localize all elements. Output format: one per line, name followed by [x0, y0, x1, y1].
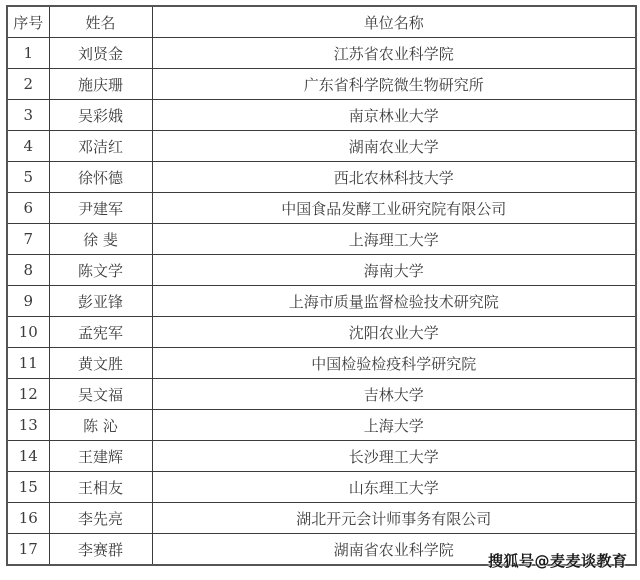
table-row: 3吴彩娥南京林业大学 — [7, 100, 636, 131]
cell-no: 3 — [7, 100, 49, 131]
cell-unit: 湖北开元会计师事务有限公司 — [152, 503, 636, 534]
cell-name: 徐怀德 — [49, 162, 152, 193]
cell-name: 吴彩娥 — [49, 100, 152, 131]
cell-unit: 长沙理工大学 — [152, 441, 636, 472]
expert-roster-table: 序号 姓名 单位名称 1刘贤金江苏省农业科学院2施庆珊广东省科学院微生物研究所3… — [6, 5, 637, 566]
cell-name: 刘贤金 — [49, 38, 152, 69]
cell-unit: 沈阳农业大学 — [152, 317, 636, 348]
cell-name: 王相友 — [49, 472, 152, 503]
cell-no: 14 — [7, 441, 49, 472]
cell-unit: 广东省科学院微生物研究所 — [152, 69, 636, 100]
cell-unit: 南京林业大学 — [152, 100, 636, 131]
cell-unit: 西北农林科技大学 — [152, 162, 636, 193]
table-row: 4邓洁红湖南农业大学 — [7, 131, 636, 162]
cell-no: 4 — [7, 131, 49, 162]
cell-name: 李先亮 — [49, 503, 152, 534]
table-row: 7徐 斐上海理工大学 — [7, 224, 636, 255]
cell-no: 6 — [7, 193, 49, 224]
header-unit: 单位名称 — [152, 6, 636, 38]
table-row: 15王相友山东理工大学 — [7, 472, 636, 503]
table-header-row: 序号 姓名 单位名称 — [7, 6, 636, 38]
cell-unit: 中国检验检疫科学研究院 — [152, 348, 636, 379]
cell-name: 陈文学 — [49, 255, 152, 286]
table-row: 10孟宪军沈阳农业大学 — [7, 317, 636, 348]
cell-name: 李赛群 — [49, 534, 152, 566]
cell-unit: 中国食品发酵工业研究院有限公司 — [152, 193, 636, 224]
cell-unit: 上海市质量监督检验技术研究院 — [152, 286, 636, 317]
cell-no: 1 — [7, 38, 49, 69]
cell-unit: 上海理工大学 — [152, 224, 636, 255]
cell-unit: 海南大学 — [152, 255, 636, 286]
cell-no: 5 — [7, 162, 49, 193]
cell-unit: 江苏省农业科学院 — [152, 38, 636, 69]
table-row: 6尹建军中国食品发酵工业研究院有限公司 — [7, 193, 636, 224]
table-row: 14王建辉长沙理工大学 — [7, 441, 636, 472]
table-row: 16李先亮湖北开元会计师事务有限公司 — [7, 503, 636, 534]
cell-no: 13 — [7, 410, 49, 441]
table-row: 12吴文福吉林大学 — [7, 379, 636, 410]
cell-no: 8 — [7, 255, 49, 286]
cell-name: 孟宪军 — [49, 317, 152, 348]
cell-name: 施庆珊 — [49, 69, 152, 100]
cell-name: 彭亚锋 — [49, 286, 152, 317]
cell-no: 2 — [7, 69, 49, 100]
table-row: 2施庆珊广东省科学院微生物研究所 — [7, 69, 636, 100]
cell-unit: 湖南农业大学 — [152, 131, 636, 162]
watermark-text: 搜狐号@麦麦谈教育 — [488, 550, 628, 571]
cell-no: 10 — [7, 317, 49, 348]
table-row: 13陈 沁上海大学 — [7, 410, 636, 441]
header-no: 序号 — [7, 6, 49, 38]
header-name: 姓名 — [49, 6, 152, 38]
table-row: 9彭亚锋上海市质量监督检验技术研究院 — [7, 286, 636, 317]
cell-no: 7 — [7, 224, 49, 255]
cell-unit: 山东理工大学 — [152, 472, 636, 503]
cell-no: 12 — [7, 379, 49, 410]
cell-name: 陈 沁 — [49, 410, 152, 441]
cell-name: 邓洁红 — [49, 131, 152, 162]
cell-name: 吴文福 — [49, 379, 152, 410]
table-row: 11黄文胜中国检验检疫科学研究院 — [7, 348, 636, 379]
table-row: 5徐怀德西北农林科技大学 — [7, 162, 636, 193]
cell-no: 16 — [7, 503, 49, 534]
cell-name: 徐 斐 — [49, 224, 152, 255]
cell-name: 王建辉 — [49, 441, 152, 472]
cell-no: 9 — [7, 286, 49, 317]
cell-no: 15 — [7, 472, 49, 503]
table-row: 8陈文学海南大学 — [7, 255, 636, 286]
cell-unit: 上海大学 — [152, 410, 636, 441]
cell-unit: 吉林大学 — [152, 379, 636, 410]
cell-name: 尹建军 — [49, 193, 152, 224]
cell-name: 黄文胜 — [49, 348, 152, 379]
cell-no: 17 — [7, 534, 49, 566]
cell-no: 11 — [7, 348, 49, 379]
table-row: 1刘贤金江苏省农业科学院 — [7, 38, 636, 69]
